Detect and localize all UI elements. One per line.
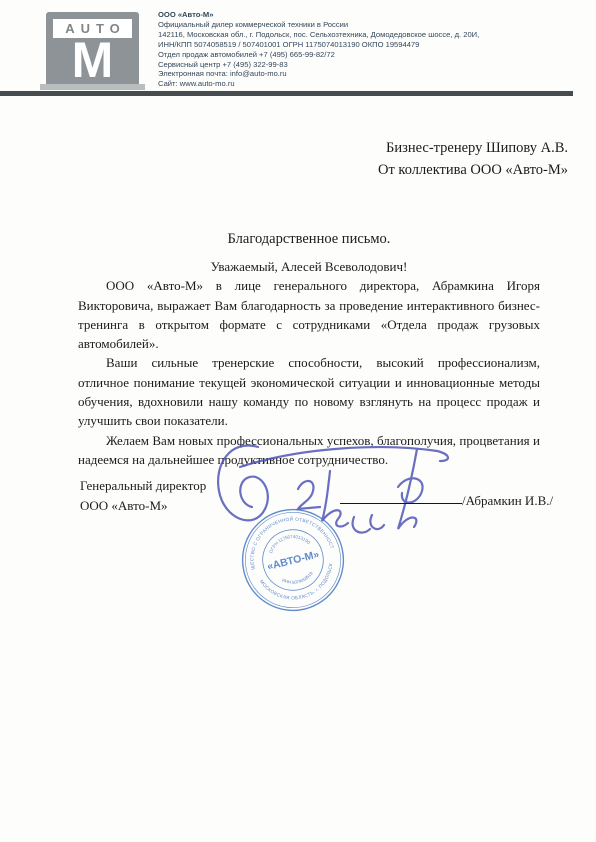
signer-position-line-2: ООО «Авто-М» (80, 496, 206, 516)
logo-m-letter: M (72, 34, 114, 86)
recipient-block: Бизнес-тренеру Шипову А.В. От коллектива… (378, 137, 568, 181)
signer-position-line-1: Генеральный директор (80, 476, 206, 496)
logo-auto-band: AUTO (53, 19, 132, 38)
header-company-name: ООО «Авто-М» (158, 10, 578, 20)
body-paragraph: ООО «Авто-М» в лице генерального директо… (78, 276, 540, 353)
recipient-line-2: От коллектива ООО «Авто-М» (378, 159, 568, 181)
stamp-inn-text: ИНН 5074058519 (280, 570, 316, 589)
header-contact-block: ООО «Авто-М» Официальный дилер коммерчес… (158, 10, 578, 89)
signature-line (340, 503, 462, 504)
letter-page: AUTO M ООО «Авто-М» Официальный дилер ко… (0, 0, 596, 842)
logo-base-bar (40, 84, 145, 90)
salutation: Уважаемый, Алесей Всеволодович! (78, 257, 540, 276)
recipient-line-1: Бизнес-тренеру Шипову А.В. (378, 137, 568, 159)
header-line-service-phone: Сервисный центр +7 (495) 322-99-83 (158, 60, 578, 70)
signer-position-block: Генеральный директор ООО «Авто-М» (80, 476, 206, 516)
company-logo: AUTO M (46, 12, 139, 86)
signer-name: /Абрамкин И.В./ (462, 493, 553, 509)
letter-title: Благодарственное письмо. (78, 231, 540, 248)
letterhead-divider (0, 91, 573, 96)
header-line-website: Сайт: www.auto-mo.ru (158, 79, 578, 89)
header-line-email: Электронная почта: info@auto-mo.ru (158, 69, 578, 79)
header-line-dealer: Официальный дилер коммерческой техники в… (158, 20, 578, 30)
body-paragraph: Ваши сильные тренерские способности, выс… (78, 353, 540, 430)
header-line-inn: ИНН/КПП 5074058519 / 507401001 ОГРН 1175… (158, 40, 578, 50)
stamp-center-text: «АВТО-М» (266, 548, 321, 573)
header-line-sales-phone: Отдел продаж автомобилей +7 (495) 665-99… (158, 50, 578, 60)
svg-text:ИНН 5074058519: ИНН 5074058519 (280, 570, 316, 589)
header-line-address: 142116, Московская обл., г. Подольск, по… (158, 30, 578, 40)
logo-auto-text: AUTO (65, 21, 126, 36)
